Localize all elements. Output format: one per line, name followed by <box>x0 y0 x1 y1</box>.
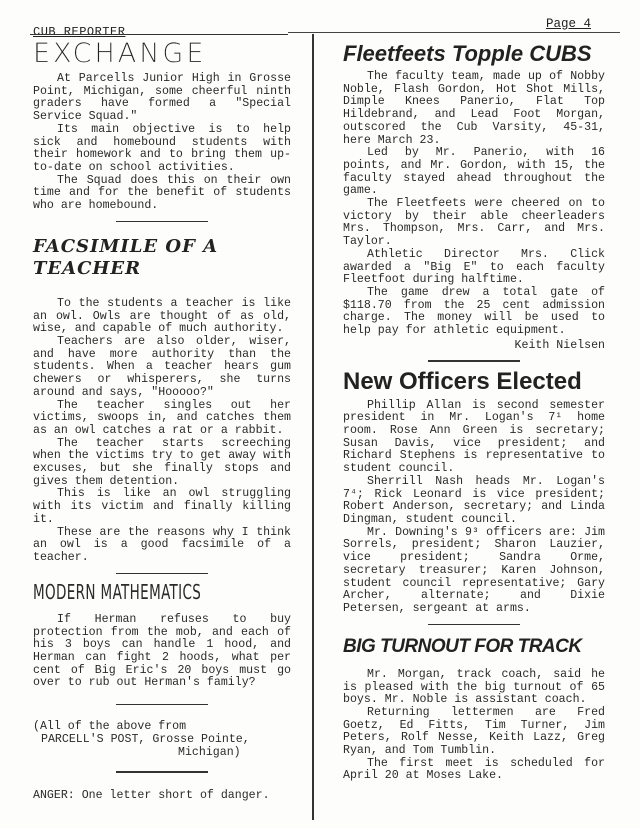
article-track: BIG TURNOUT FOR TRACK Mr. Morgan, track … <box>343 635 605 783</box>
paragraph: Sherrill Nash heads Mr. Logan's 7⁴; Rick… <box>343 476 605 527</box>
paragraph: If Herman refuses to buy protection from… <box>33 614 291 690</box>
paragraph: Teachers are also older, wiser, and have… <box>33 336 291 400</box>
headline-track: BIG TURNOUT FOR TRACK <box>343 635 605 659</box>
paragraph: Athletic Director Mrs. Click awarded a "… <box>343 249 605 287</box>
paragraph: At Parcells Junior High in Grosse Point,… <box>33 73 291 124</box>
paragraph: The game drew a total gate of $118.70 fr… <box>343 287 605 338</box>
paragraph: Mr. Downing's 9³ officers are: Jim Sorre… <box>343 527 605 616</box>
headline-modern-math: MODERN MATHEMATICS <box>33 580 227 604</box>
paragraph: Phillip Allan is second semester preside… <box>343 400 605 476</box>
section-rule <box>116 771 208 772</box>
headline-exchange: EXCHANGE <box>33 38 291 70</box>
paragraph: The teacher singles out her victims, swo… <box>33 400 291 438</box>
filler-quip: ANGER: One letter short of danger. <box>33 789 291 802</box>
section-rule <box>116 704 208 705</box>
paragraph: Mr. Morgan, track coach, said he is plea… <box>343 669 605 707</box>
paragraph: This is like an owl struggling with its … <box>33 488 291 526</box>
article-officers: New Officers Elected Phillip Allan is se… <box>343 368 605 616</box>
paragraph: To the students a teacher is like an owl… <box>33 298 291 336</box>
section-rule <box>428 360 520 361</box>
header-rule-right <box>288 32 620 33</box>
masthead: CUB REPORTER <box>33 25 125 39</box>
headline-facsimile: FACSIMILE OF A TEACHER <box>33 236 291 280</box>
paragraph: These are the reasons why I think an owl… <box>33 527 291 565</box>
paragraph: The Fleetfeets were cheered on to victor… <box>343 198 605 249</box>
paragraph: The faculty team, made up of Nobby Noble… <box>343 71 605 147</box>
paragraph: Led by Mr. Panerio, with 16 points, and … <box>343 147 605 198</box>
headline-fleetfeets: Fleetfeets Topple CUBS <box>343 41 605 67</box>
header-rule-left <box>30 34 288 35</box>
article-facsimile: FACSIMILE OF A TEACHER To the students a… <box>33 236 291 565</box>
page-number: Page 4 <box>546 17 591 31</box>
byline: Keith Nielsen <box>343 340 605 353</box>
source-credit: (All of the above from PARCELL'S POST, G… <box>33 721 291 759</box>
paragraph: Its main objective is to help sick and h… <box>33 124 291 175</box>
left-column: EXCHANGE At Parcells Junior High in Gros… <box>33 38 291 802</box>
section-rule <box>116 221 208 222</box>
paragraph: The teacher starts screeching when the v… <box>33 438 291 489</box>
headline-officers: New Officers Elected <box>343 368 605 396</box>
article-exchange: EXCHANGE At Parcells Junior High in Gros… <box>33 38 291 213</box>
column-divider <box>312 34 314 820</box>
paragraph: The first meet is scheduled for April 20… <box>343 758 605 783</box>
credit-line: PARCELL'S POST, Grosse Pointe, <box>33 734 291 747</box>
article-modern-math: MODERN MATHEMATICS If Herman refuses to … <box>33 580 291 690</box>
paragraph: The Squad does this on their own time an… <box>33 175 291 213</box>
section-rule <box>428 624 520 625</box>
right-column: Fleetfeets Topple CUBS The faculty team,… <box>343 38 605 783</box>
article-fleetfeets: Fleetfeets Topple CUBS The faculty team,… <box>343 41 605 352</box>
paragraph: Returning lettermen are Fred Goetz, Ed F… <box>343 707 605 758</box>
credit-line: Michigan) <box>33 747 291 760</box>
section-rule <box>116 573 208 574</box>
